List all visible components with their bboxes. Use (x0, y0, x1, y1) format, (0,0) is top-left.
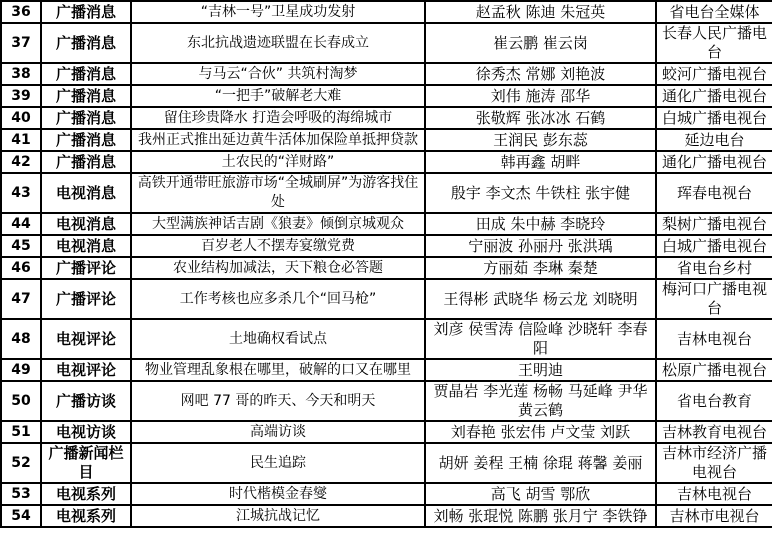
entry-organization: 吉林电视台 (656, 483, 772, 505)
entry-organization: 珲春电视台 (656, 173, 772, 213)
entry-title: 我州正式推出延边黄牛活体加保险单抵押贷款 (131, 129, 425, 151)
entry-authors: 崔云鹏 崔云岗 (425, 23, 656, 63)
entry-title: 高铁开通带旺旅游市场“全城刷屏”为游客找住处 (131, 173, 425, 213)
entry-authors: 刘伟 施涛 邵华 (425, 85, 656, 107)
entry-number: 43 (1, 173, 41, 213)
entry-title: 民生追踪 (131, 443, 425, 483)
entry-organization: 白城广播电视台 (656, 107, 772, 129)
table-row: 49 电视评论 物业管理乱象根在哪里，破解的口又在哪里 王明迪 松原广播电视台 (1, 359, 772, 381)
entry-authors: 贾晶岩 李光莲 杨畅 马延峰 尹华 黄云鹤 (425, 381, 656, 421)
entry-category: 广播消息 (41, 107, 131, 129)
entry-number: 39 (1, 85, 41, 107)
entry-title: 网吧 77 哥的昨天、今天和明天 (131, 381, 425, 421)
table-row: 53 电视系列 时代楷模金春燮 高飞 胡雪 鄂欣 吉林电视台 (1, 483, 772, 505)
awards-table: 36 广播消息 “吉林一号”卫星成功发射 赵孟秋 陈迪 朱冠英 省电台全媒体 3… (0, 0, 772, 528)
table-row: 52 广播新闻栏目 民生追踪 胡妍 姜程 王楠 徐琨 蒋馨 姜丽 吉林市经济广播… (1, 443, 772, 483)
entry-authors: 田成 朱中赫 李晓玲 (425, 213, 656, 235)
entry-organization: 吉林市电视台 (656, 505, 772, 527)
table-row: 45 电视消息 百岁老人不摆寿宴缴党费 宁丽波 孙丽丹 张洪瑀 白城广播电视台 (1, 235, 772, 257)
entry-number: 54 (1, 505, 41, 527)
entry-organization: 省电台教育 (656, 381, 772, 421)
table-row: 44 电视消息 大型满族神话吉剧《狼妻》倾倒京城观众 田成 朱中赫 李晓玲 梨树… (1, 213, 772, 235)
entry-category: 广播消息 (41, 151, 131, 173)
entry-number: 42 (1, 151, 41, 173)
entry-title: 物业管理乱象根在哪里，破解的口又在哪里 (131, 359, 425, 381)
entry-authors: 刘春艳 张宏伟 卢文莹 刘跃 (425, 421, 656, 443)
table-row: 42 广播消息 土农民的“洋财路” 韩再鑫 胡畔 通化广播电视台 (1, 151, 772, 173)
entry-category: 广播消息 (41, 1, 131, 23)
entry-number: 52 (1, 443, 41, 483)
table-row: 47 广播评论 工作考核也应多杀几个“回马枪” 王得彬 武晓华 杨云龙 刘晓明 … (1, 279, 772, 319)
entry-organization: 吉林市经济广播电视台 (656, 443, 772, 483)
entry-organization: 省电台全媒体 (656, 1, 772, 23)
entry-organization: 长春人民广播电台 (656, 23, 772, 63)
entry-organization: 梅河口广播电视台 (656, 279, 772, 319)
entry-category: 电视消息 (41, 235, 131, 257)
entry-number: 51 (1, 421, 41, 443)
entry-organization: 吉林教育电视台 (656, 421, 772, 443)
entry-title: 百岁老人不摆寿宴缴党费 (131, 235, 425, 257)
entry-category: 电视访谈 (41, 421, 131, 443)
entry-organization: 通化广播电视台 (656, 85, 772, 107)
entry-authors: 韩再鑫 胡畔 (425, 151, 656, 173)
table-row: 40 广播消息 留住珍贵降水 打造会呼吸的海绵城市 张敬辉 张冰冰 石鹤 白城广… (1, 107, 772, 129)
entry-category: 电视消息 (41, 213, 131, 235)
table-row: 41 广播消息 我州正式推出延边黄牛活体加保险单抵押贷款 王润民 彭东蕊 延边电… (1, 129, 772, 151)
entry-authors: 殷宇 李文杰 牛铁柱 张宇健 (425, 173, 656, 213)
entry-number: 41 (1, 129, 41, 151)
entry-organization: 白城广播电视台 (656, 235, 772, 257)
entry-number: 38 (1, 63, 41, 85)
entry-number: 46 (1, 257, 41, 279)
entry-title: 东北抗战遗迹联盟在长春成立 (131, 23, 425, 63)
table-row: 50 广播访谈 网吧 77 哥的昨天、今天和明天 贾晶岩 李光莲 杨畅 马延峰 … (1, 381, 772, 421)
table-row: 37 广播消息 东北抗战遗迹联盟在长春成立 崔云鹏 崔云岗 长春人民广播电台 (1, 23, 772, 63)
table-row: 51 电视访谈 高端访谈 刘春艳 张宏伟 卢文莹 刘跃 吉林教育电视台 (1, 421, 772, 443)
entry-organization: 延边电台 (656, 129, 772, 151)
entry-organization: 省电台乡村 (656, 257, 772, 279)
table-row: 36 广播消息 “吉林一号”卫星成功发射 赵孟秋 陈迪 朱冠英 省电台全媒体 (1, 1, 772, 23)
entry-authors: 王得彬 武晓华 杨云龙 刘晓明 (425, 279, 656, 319)
entry-title: 高端访谈 (131, 421, 425, 443)
table-row: 54 电视系列 江城抗战记忆 刘畅 张琨悦 陈鹏 张月宁 李铁铮 吉林市电视台 (1, 505, 772, 527)
entry-number: 44 (1, 213, 41, 235)
entry-number: 49 (1, 359, 41, 381)
entry-authors: 张敬辉 张冰冰 石鹤 (425, 107, 656, 129)
entry-organization: 通化广播电视台 (656, 151, 772, 173)
entry-authors: 刘彦 侯雪涛 信险峰 沙晓轩 李春阳 (425, 319, 656, 359)
entry-title: 工作考核也应多杀几个“回马枪” (131, 279, 425, 319)
entry-category: 电视评论 (41, 319, 131, 359)
entry-category: 广播消息 (41, 85, 131, 107)
entry-number: 50 (1, 381, 41, 421)
entry-number: 48 (1, 319, 41, 359)
awards-table-body: 36 广播消息 “吉林一号”卫星成功发射 赵孟秋 陈迪 朱冠英 省电台全媒体 3… (1, 1, 772, 527)
entry-authors: 王润民 彭东蕊 (425, 129, 656, 151)
entry-category: 电视系列 (41, 483, 131, 505)
entry-title: 土地确权看试点 (131, 319, 425, 359)
entry-category: 广播评论 (41, 279, 131, 319)
entry-title: 留住珍贵降水 打造会呼吸的海绵城市 (131, 107, 425, 129)
entry-title: “吉林一号”卫星成功发射 (131, 1, 425, 23)
entry-number: 47 (1, 279, 41, 319)
entry-authors: 刘畅 张琨悦 陈鹏 张月宁 李铁铮 (425, 505, 656, 527)
entry-title: 江城抗战记忆 (131, 505, 425, 527)
entry-category: 广播新闻栏目 (41, 443, 131, 483)
entry-organization: 蛟河广播电视台 (656, 63, 772, 85)
entry-category: 电视消息 (41, 173, 131, 213)
entry-category: 电视系列 (41, 505, 131, 527)
entry-organization: 松原广播电视台 (656, 359, 772, 381)
entry-authors: 方丽茹 李琳 秦楚 (425, 257, 656, 279)
entry-title: 土农民的“洋财路” (131, 151, 425, 173)
entry-authors: 高飞 胡雪 鄂欣 (425, 483, 656, 505)
entry-organization: 吉林电视台 (656, 319, 772, 359)
entry-number: 40 (1, 107, 41, 129)
entry-authors: 宁丽波 孙丽丹 张洪瑀 (425, 235, 656, 257)
entry-category: 电视评论 (41, 359, 131, 381)
table-row: 39 广播消息 “一把手”破解老大难 刘伟 施涛 邵华 通化广播电视台 (1, 85, 772, 107)
entry-number: 45 (1, 235, 41, 257)
entry-title: 时代楷模金春燮 (131, 483, 425, 505)
entry-number: 36 (1, 1, 41, 23)
entry-authors: 胡妍 姜程 王楠 徐琨 蒋馨 姜丽 (425, 443, 656, 483)
entry-title: 大型满族神话吉剧《狼妻》倾倒京城观众 (131, 213, 425, 235)
entry-authors: 赵孟秋 陈迪 朱冠英 (425, 1, 656, 23)
entry-category: 广播评论 (41, 257, 131, 279)
entry-category: 广播消息 (41, 63, 131, 85)
table-row: 46 广播评论 农业结构加减法，天下粮仓必答题 方丽茹 李琳 秦楚 省电台乡村 (1, 257, 772, 279)
entry-category: 广播消息 (41, 129, 131, 151)
entry-title: 与马云“合伙” 共筑村淘梦 (131, 63, 425, 85)
entry-title: 农业结构加减法，天下粮仓必答题 (131, 257, 425, 279)
entry-number: 53 (1, 483, 41, 505)
table-row: 38 广播消息 与马云“合伙” 共筑村淘梦 徐秀杰 常娜 刘艳波 蛟河广播电视台 (1, 63, 772, 85)
entry-authors: 徐秀杰 常娜 刘艳波 (425, 63, 656, 85)
table-row: 43 电视消息 高铁开通带旺旅游市场“全城刷屏”为游客找住处 殷宇 李文杰 牛铁… (1, 173, 772, 213)
entry-authors: 王明迪 (425, 359, 656, 381)
table-row: 48 电视评论 土地确权看试点 刘彦 侯雪涛 信险峰 沙晓轩 李春阳 吉林电视台 (1, 319, 772, 359)
entry-category: 广播访谈 (41, 381, 131, 421)
entry-number: 37 (1, 23, 41, 63)
entry-category: 广播消息 (41, 23, 131, 63)
entry-title: “一把手”破解老大难 (131, 85, 425, 107)
entry-organization: 梨树广播电视台 (656, 213, 772, 235)
